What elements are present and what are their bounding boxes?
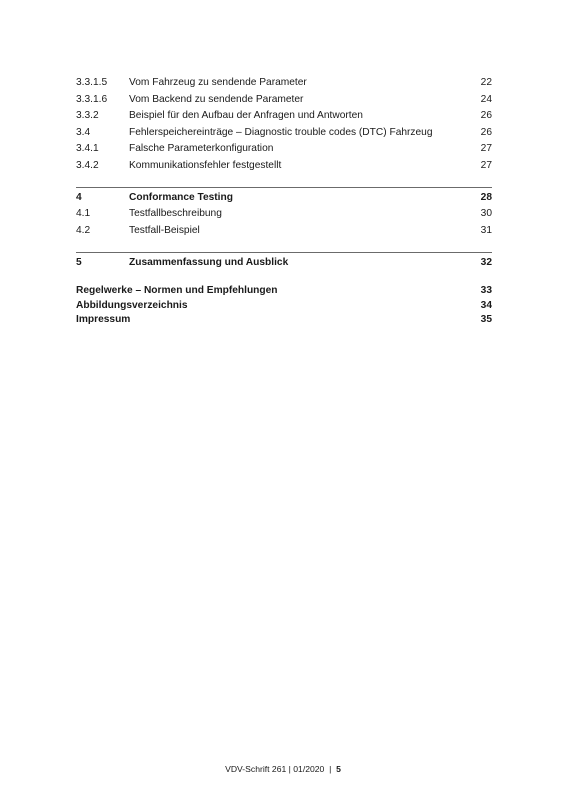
toc-page: 27 [481,158,492,175]
toc-page: 33 [481,284,492,299]
toc-title: Kommunikationsfehler festgestellt [129,158,281,175]
toc-page: 34 [481,299,492,314]
toc-entry-4-2[interactable]: 4.2 Testfall-Beispiel 31 [76,223,492,240]
toc-page: 27 [481,141,492,158]
toc-entry-3-3-1-6[interactable]: 3.3.1.6 Vom Backend zu sendende Paramete… [76,92,492,109]
page-footer: VDV-Schrift 261 | 01/2020 | 5 [0,764,566,774]
toc-number: 3.3.1.6 [76,92,107,109]
toc-page: 35 [481,313,492,328]
toc-number: 3.4.2 [76,158,99,175]
toc-title: Falsche Parameterkonfiguration [129,141,273,158]
toc-title: Conformance Testing [129,190,233,207]
toc-number: 5 [76,255,82,272]
toc-title: Vom Backend zu sendende Parameter [129,92,303,109]
toc-entry-regelwerke[interactable]: Regelwerke – Normen und Empfehlungen 33 [76,284,492,299]
toc-title: Regelwerke – Normen und Empfehlungen [76,284,278,299]
toc-number: 3.4.1 [76,141,99,158]
toc-title: Impressum [76,313,130,328]
toc-entry-chapter-5[interactable]: 5 Zusammenfassung und Ausblick 32 [76,255,492,272]
toc-entry-abbildungsverzeichnis[interactable]: Abbildungsverzeichnis 34 [76,299,492,314]
toc-page: 22 [481,75,492,92]
toc-page: 31 [481,223,492,240]
toc-number: 4 [76,190,82,207]
toc-entry-impressum[interactable]: Impressum 35 [76,313,492,328]
toc-page: 28 [481,190,492,207]
footer-page-number: 5 [336,764,341,774]
toc-entry-3-3-2[interactable]: 3.3.2 Beispiel für den Aufbau der Anfrag… [76,108,492,125]
toc-page: 32 [481,255,492,272]
toc-entry-3-4-1[interactable]: 3.4.1 Falsche Parameterkonfiguration 27 [76,141,492,158]
toc-page: 30 [481,206,492,223]
toc-number: 4.2 [76,223,90,240]
toc-page: 26 [481,125,492,142]
toc-number: 3.4 [76,125,90,142]
table-of-contents: 3.3.1.5 Vom Fahrzeug zu sendende Paramet… [76,75,492,328]
toc-page: 24 [481,92,492,109]
toc-entry-3-3-1-5[interactable]: 3.3.1.5 Vom Fahrzeug zu sendende Paramet… [76,75,492,92]
toc-entry-3-4[interactable]: 3.4 Fehlerspeichereinträge – Diagnostic … [76,125,492,142]
toc-title: Vom Fahrzeug zu sendende Parameter [129,75,307,92]
toc-title: Fehlerspeichereinträge – Diagnostic trou… [129,125,433,142]
toc-title: Testfallbeschreibung [129,206,222,223]
toc-number: 4.1 [76,206,90,223]
toc-title: Testfall-Beispiel [129,223,200,240]
toc-entry-chapter-4[interactable]: 4 Conformance Testing 28 [76,190,492,207]
toc-title: Abbildungsverzeichnis [76,299,188,314]
footer-text: VDV-Schrift 261 | 01/2020 | [225,764,336,774]
toc-title: Beispiel für den Aufbau der Anfragen und… [129,108,363,125]
toc-page: 26 [481,108,492,125]
toc-entry-4-1[interactable]: 4.1 Testfallbeschreibung 30 [76,206,492,223]
toc-entry-3-4-2[interactable]: 3.4.2 Kommunikationsfehler festgestellt … [76,158,492,175]
toc-title: Zusammenfassung und Ausblick [129,255,288,272]
toc-number: 3.3.1.5 [76,75,107,92]
toc-number: 3.3.2 [76,108,99,125]
